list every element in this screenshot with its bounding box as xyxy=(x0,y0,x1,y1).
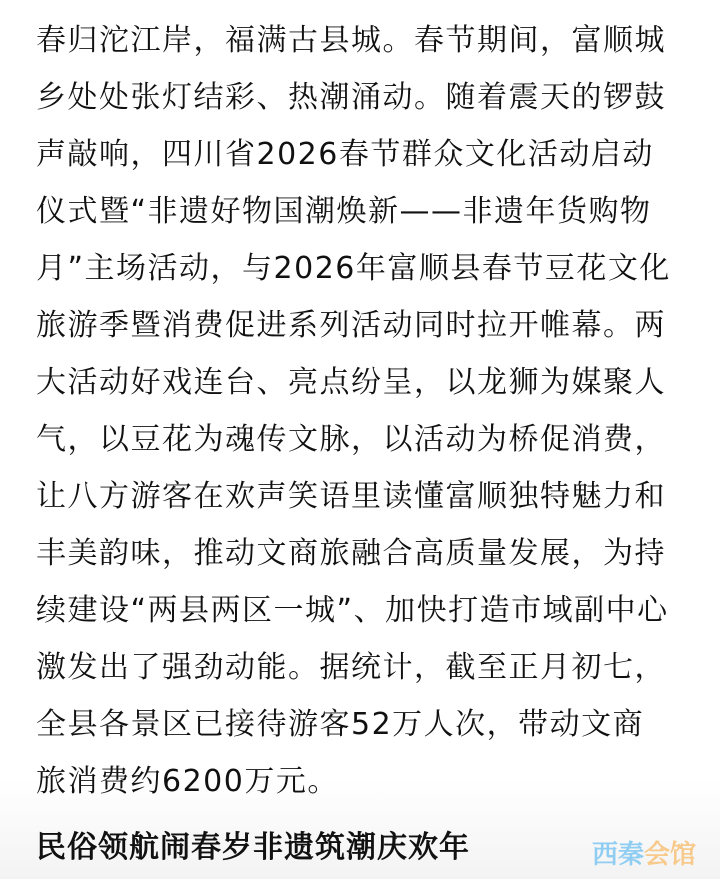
paragraph-line: 全县各景区已接待游客52万人次，带动文商 xyxy=(36,696,696,753)
section-heading: 民俗领航闹春岁非遗筑潮庆欢年 xyxy=(36,828,470,868)
paragraph-line: 仪式暨“非遗好物国潮焕新——非遗年货购物 xyxy=(36,183,696,240)
paragraph-line: 旅游季暨消费促进系列活动同时拉开帷幕。两 xyxy=(36,297,696,354)
paragraph-line: 续建设“两县两区一城”、加快打造市域副中心 xyxy=(36,582,696,639)
paragraph-line: 大活动好戏连台、亮点纷呈，以龙狮为媒聚人 xyxy=(36,354,696,411)
paragraph-line: 气，以豆花为魂传文脉，以活动为桥促消费， xyxy=(36,411,696,468)
article-body: 春归沱江岸，福满古县城。春节期间，富顺城 乡处处张灯结彩、热潮涌动。随着震天的锣… xyxy=(0,0,720,879)
article-paragraph: 春归沱江岸，福满古县城。春节期间，富顺城 乡处处张灯结彩、热潮涌动。随着震天的锣… xyxy=(36,12,696,810)
paragraph-line: 激发出了强劲动能。据统计，截至正月初七， xyxy=(36,639,696,696)
paragraph-line: 让八方游客在欢声笑语里读懂富顺独特魅力和 xyxy=(36,468,696,525)
paragraph-line: 乡处处张灯结彩、热潮涌动。随着震天的锣鼓 xyxy=(36,69,696,126)
watermark-part-1: 西秦 xyxy=(592,840,644,870)
paragraph-line: 月”主场活动，与2026年富顺县春节豆花文化 xyxy=(36,240,696,297)
paragraph-line: 旅消费约6200万元。 xyxy=(36,753,696,810)
paragraph-line: 丰美韵味，推动文商旅融合高质量发展，为持 xyxy=(36,525,696,582)
watermark-logo: 西秦会馆 xyxy=(592,838,696,872)
paragraph-line: 春归沱江岸，福满古县城。春节期间，富顺城 xyxy=(36,12,696,69)
paragraph-line: 声敲响，四川省2026春节群众文化活动启动 xyxy=(36,126,696,183)
watermark-part-2: 会馆 xyxy=(644,840,696,870)
